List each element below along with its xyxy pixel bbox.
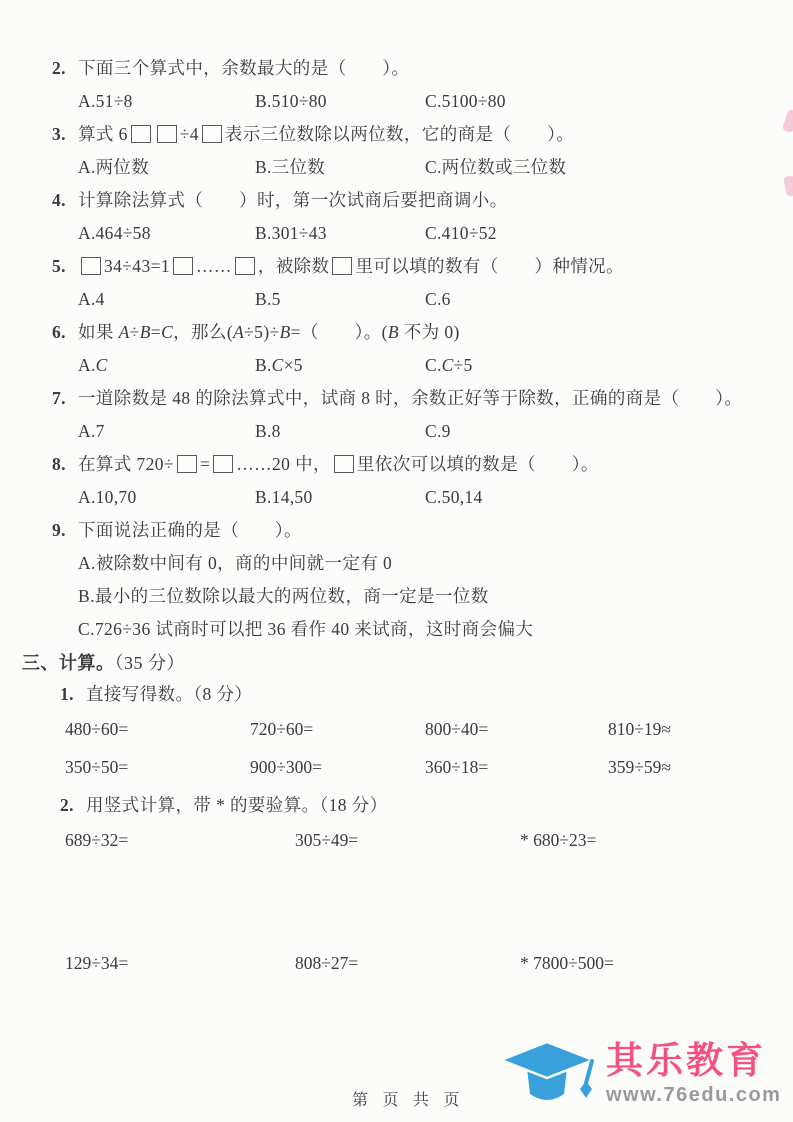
math-expression: 129÷34=: [65, 953, 295, 973]
math-expression: * 7800÷500=: [520, 953, 757, 973]
question-4-number: 4.: [52, 190, 78, 210]
option-c: C.410÷52: [425, 223, 757, 243]
question-3: 3. 算式 6÷4表示三位数除以两位数，它的商是（ ）。: [52, 124, 757, 144]
option-a: A.两位数: [78, 157, 255, 177]
question-8-options: A.10,70 B.14,50 C.50,14: [78, 487, 757, 507]
option-c: C.50,14: [425, 487, 757, 507]
graduation-cap-icon: [498, 1040, 596, 1110]
math-expression: 360÷18=: [425, 757, 608, 777]
question-9-option-b: B.最小的三位数除以最大的两位数，商一定是一位数: [78, 586, 757, 606]
math-expression: 808÷27=: [295, 953, 520, 973]
question-8-text: 在算式 720÷=……20 中，里依次可以填的数是（ ）。: [78, 454, 757, 474]
option-b: B.8: [255, 421, 425, 441]
option-b: B.C×5: [255, 355, 425, 375]
question-2-number: 2.: [52, 58, 78, 78]
question-2: 2. 下面三个算式中，余数最大的是（ ）。: [52, 58, 757, 78]
column-method-row-1: 689÷32= 305÷49= * 680÷23=: [65, 830, 757, 850]
mental-math-row-2: 350÷50= 900÷300= 360÷18= 359÷59≈: [65, 757, 757, 777]
math-expression: 305÷49=: [295, 830, 520, 850]
option-c: C.5100÷80: [425, 91, 757, 111]
question-9-option-a: A.被除数中间有 0，商的中间就一定有 0: [78, 553, 757, 573]
math-expression: * 680÷23=: [520, 830, 757, 850]
option-a: A.10,70: [78, 487, 255, 507]
question-8: 8. 在算式 720÷=……20 中，里依次可以填的数是（ ）。: [52, 454, 757, 474]
option-c: C.9: [425, 421, 757, 441]
option-b: B.14,50: [255, 487, 425, 507]
question-2-options: A.51÷8 B.510÷80 C.5100÷80: [78, 91, 757, 111]
question-7-text: 一道除数是 48 的除法算式中，试商 8 时，余数正好等于除数，正确的商是（ ）…: [78, 388, 757, 408]
option-b: B.5: [255, 289, 425, 309]
section-3-title: 三、计算。: [22, 653, 115, 673]
question-5-text: 34÷43=1……，被除数里可以填的数有（ ）种情况。: [78, 256, 757, 276]
brand-name: 其乐教育: [606, 1040, 781, 1082]
question-4-text: 计算除法算式（ ）时，第一次试商后要把商调小。: [78, 190, 757, 210]
subsection-2-label: 用竖式计算，带 * 的要验算。（18 分）: [86, 795, 388, 815]
math-expression: 800÷40=: [425, 719, 608, 739]
question-9-option-c: C.726÷36 试商时可以把 36 看作 40 来试商，这时商会偏大: [78, 619, 757, 639]
question-2-text: 下面三个算式中，余数最大的是（ ）。: [78, 58, 757, 78]
math-expression: 900÷300=: [250, 757, 425, 777]
math-expression: 480÷60=: [65, 719, 250, 739]
math-expression: 359÷59≈: [608, 757, 757, 777]
question-4: 4. 计算除法算式（ ）时，第一次试商后要把商调小。: [52, 190, 757, 210]
option-b: B.三位数: [255, 157, 425, 177]
question-7: 7. 一道除数是 48 的除法算式中，试商 8 时，余数正好等于除数，正确的商是…: [52, 388, 757, 408]
subsection-1-title: 1. 直接写得数。（8 分）: [60, 684, 757, 704]
question-4-options: A.464÷58 B.301÷43 C.410÷52: [78, 223, 757, 243]
option-a: A.464÷58: [78, 223, 255, 243]
math-expression: 720÷60=: [250, 719, 425, 739]
math-expression: 689÷32=: [65, 830, 295, 850]
question-5-options: A.4 B.5 C.6: [78, 289, 757, 309]
question-9-number: 9.: [52, 520, 78, 540]
option-a: A.51÷8: [78, 91, 255, 111]
question-5: 5. 34÷43=1……，被除数里可以填的数有（ ）种情况。: [52, 256, 757, 276]
section-3-score: （35 分）: [115, 653, 186, 673]
section-3-heading: 三、计算。（35 分）: [22, 652, 757, 674]
subsection-2-title: 2. 用竖式计算，带 * 的要验算。（18 分）: [60, 795, 757, 815]
question-6-options: A.C B.C×5 C.C÷5: [78, 355, 757, 375]
question-3-number: 3.: [52, 124, 78, 144]
question-6: 6. 如果 A÷B=C，那么(A÷5)÷B=（ ）。(B 不为 0): [52, 322, 757, 342]
option-a: A.4: [78, 289, 255, 309]
question-3-options: A.两位数 B.三位数 C.两位数或三位数: [78, 157, 757, 177]
option-c: C.6: [425, 289, 757, 309]
math-expression: 350÷50=: [65, 757, 250, 777]
question-6-text: 如果 A÷B=C，那么(A÷5)÷B=（ ）。(B 不为 0): [78, 322, 757, 342]
worksheet-page: 2. 下面三个算式中，余数最大的是（ ）。 A.51÷8 B.510÷80 C.…: [0, 0, 793, 1122]
mental-math-row-1: 480÷60= 720÷60= 800÷40= 810÷19≈: [65, 719, 757, 739]
question-7-number: 7.: [52, 388, 78, 408]
option-c: C.两位数或三位数: [425, 157, 757, 177]
question-3-text: 算式 6÷4表示三位数除以两位数，它的商是（ ）。: [78, 124, 757, 144]
option-c: C.C÷5: [425, 355, 757, 375]
question-9: 9. 下面说法正确的是（ ）。: [52, 520, 757, 540]
question-7-options: A.7 B.8 C.9: [78, 421, 757, 441]
subsection-1-label: 直接写得数。（8 分）: [86, 684, 252, 704]
logo-text: 其乐教育 www.76edu.com: [606, 1040, 781, 1106]
worksheet-content: 2. 下面三个算式中，余数最大的是（ ）。 A.51÷8 B.510÷80 C.…: [0, 0, 793, 973]
subsection-1-number: 1.: [60, 684, 86, 704]
question-6-number: 6.: [52, 322, 78, 342]
option-a: A.C: [78, 355, 255, 375]
question-5-number: 5.: [52, 256, 78, 276]
brand-url: www.76edu.com: [606, 1084, 781, 1106]
page-number-label: 第 页 共 页: [352, 1087, 464, 1110]
column-method-row-2: 129÷34= 808÷27= * 7800÷500=: [65, 953, 757, 973]
brand-logo: 其乐教育 www.76edu.com: [498, 1040, 781, 1110]
math-expression: 810÷19≈: [608, 719, 757, 739]
option-b: B.510÷80: [255, 91, 425, 111]
option-a: A.7: [78, 421, 255, 441]
question-9-text: 下面说法正确的是（ ）。: [78, 520, 757, 540]
subsection-2-number: 2.: [60, 795, 86, 815]
option-b: B.301÷43: [255, 223, 425, 243]
question-8-number: 8.: [52, 454, 78, 474]
